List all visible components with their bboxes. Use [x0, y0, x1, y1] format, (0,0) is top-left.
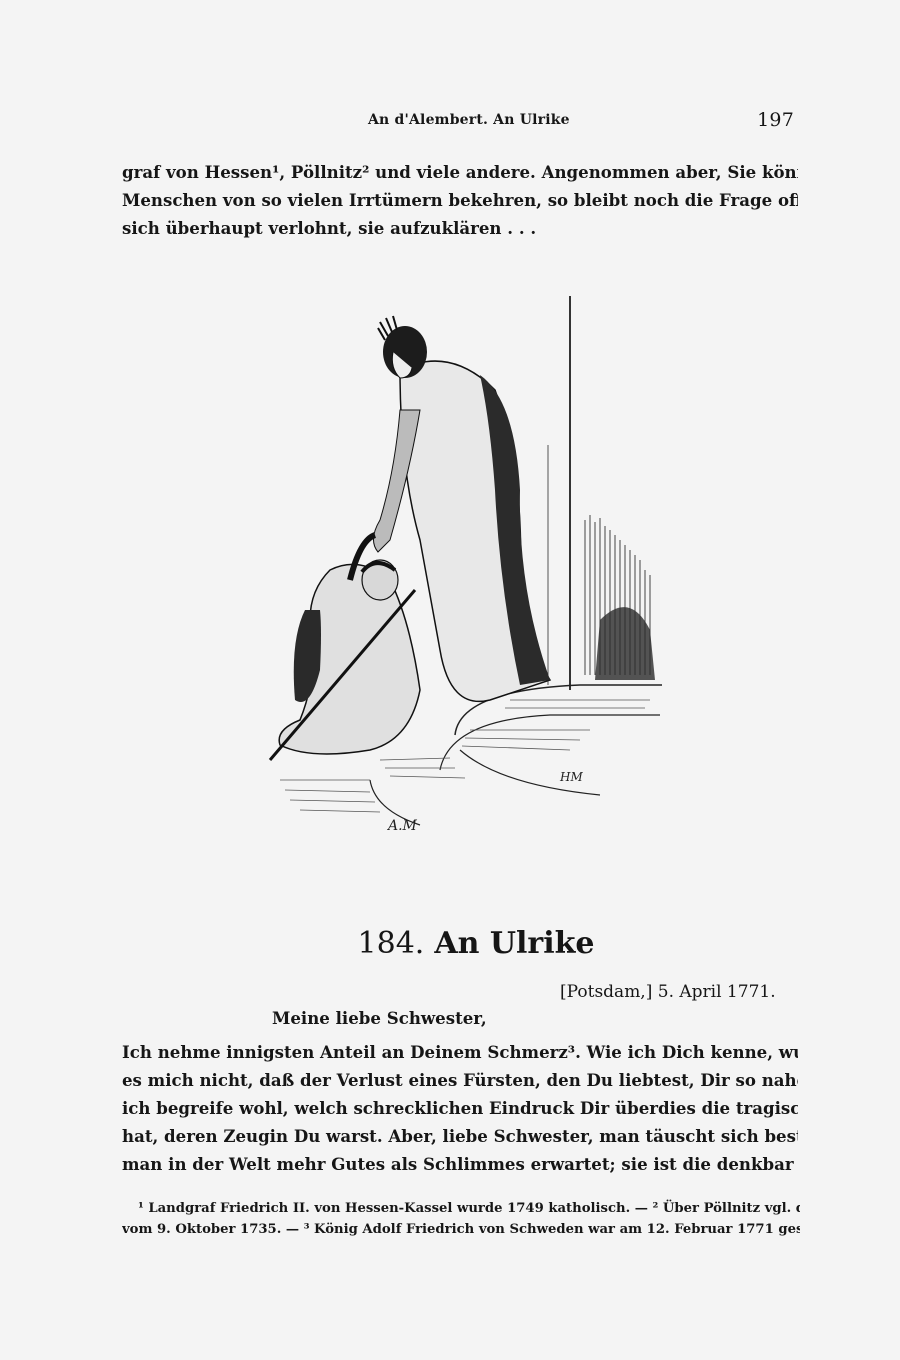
- text-line: Menschen von so vielen Irrtümern bekehre…: [122, 186, 798, 214]
- letter-salutation: Meine liebe Schwester,: [272, 1008, 487, 1028]
- letter-number: 184.: [358, 926, 425, 961]
- letter-body: Ich nehme innigsten Anteil an Deinem Sch…: [122, 1038, 798, 1178]
- text-line: sich überhaupt verlohnt, sie aufzuklären…: [122, 214, 798, 242]
- book-page: An d'Alembert. An Ulrike 197 graf von He…: [0, 0, 900, 1360]
- text-line: graf von Hessen¹, Pöllnitz² und viele an…: [122, 158, 798, 186]
- text-line: Ich nehme innigsten Anteil an Deinem Sch…: [122, 1038, 798, 1066]
- engraving-illustration: A.M HM: [250, 290, 670, 850]
- text-line: man in der Welt mehr Gutes als Schlimmes…: [122, 1150, 798, 1178]
- running-head-title: An d'Alembert. An Ulrike: [368, 112, 570, 128]
- footnote-line: ¹ Landgraf Friedrich II. von Hessen-Kass…: [122, 1198, 800, 1219]
- letter-dateline: [Potsdam,] 5. April 1771.: [560, 982, 776, 1002]
- signature-am: A.M: [386, 818, 418, 834]
- text-line: ich begreife wohl, welch schrecklichen E…: [122, 1094, 798, 1122]
- signature-hm: HM: [559, 770, 583, 784]
- running-head: An d'Alembert. An Ulrike 197: [368, 112, 798, 128]
- footnote-line: vom 9. Oktober 1735. — ³ König Adolf Fri…: [122, 1219, 800, 1240]
- text-line: hat, deren Zeugin Du warst. Aber, liebe …: [122, 1122, 798, 1150]
- footnotes: ¹ Landgraf Friedrich II. von Hessen-Kass…: [122, 1198, 800, 1240]
- page-number: 197: [757, 109, 794, 131]
- top-paragraph: graf von Hessen¹, Pöllnitz² und viele an…: [122, 158, 798, 242]
- text-line: es mich nicht, daß der Verlust eines Für…: [122, 1066, 798, 1094]
- letter-heading: 184.An Ulrike: [0, 926, 900, 961]
- letter-title: An Ulrike: [434, 926, 594, 961]
